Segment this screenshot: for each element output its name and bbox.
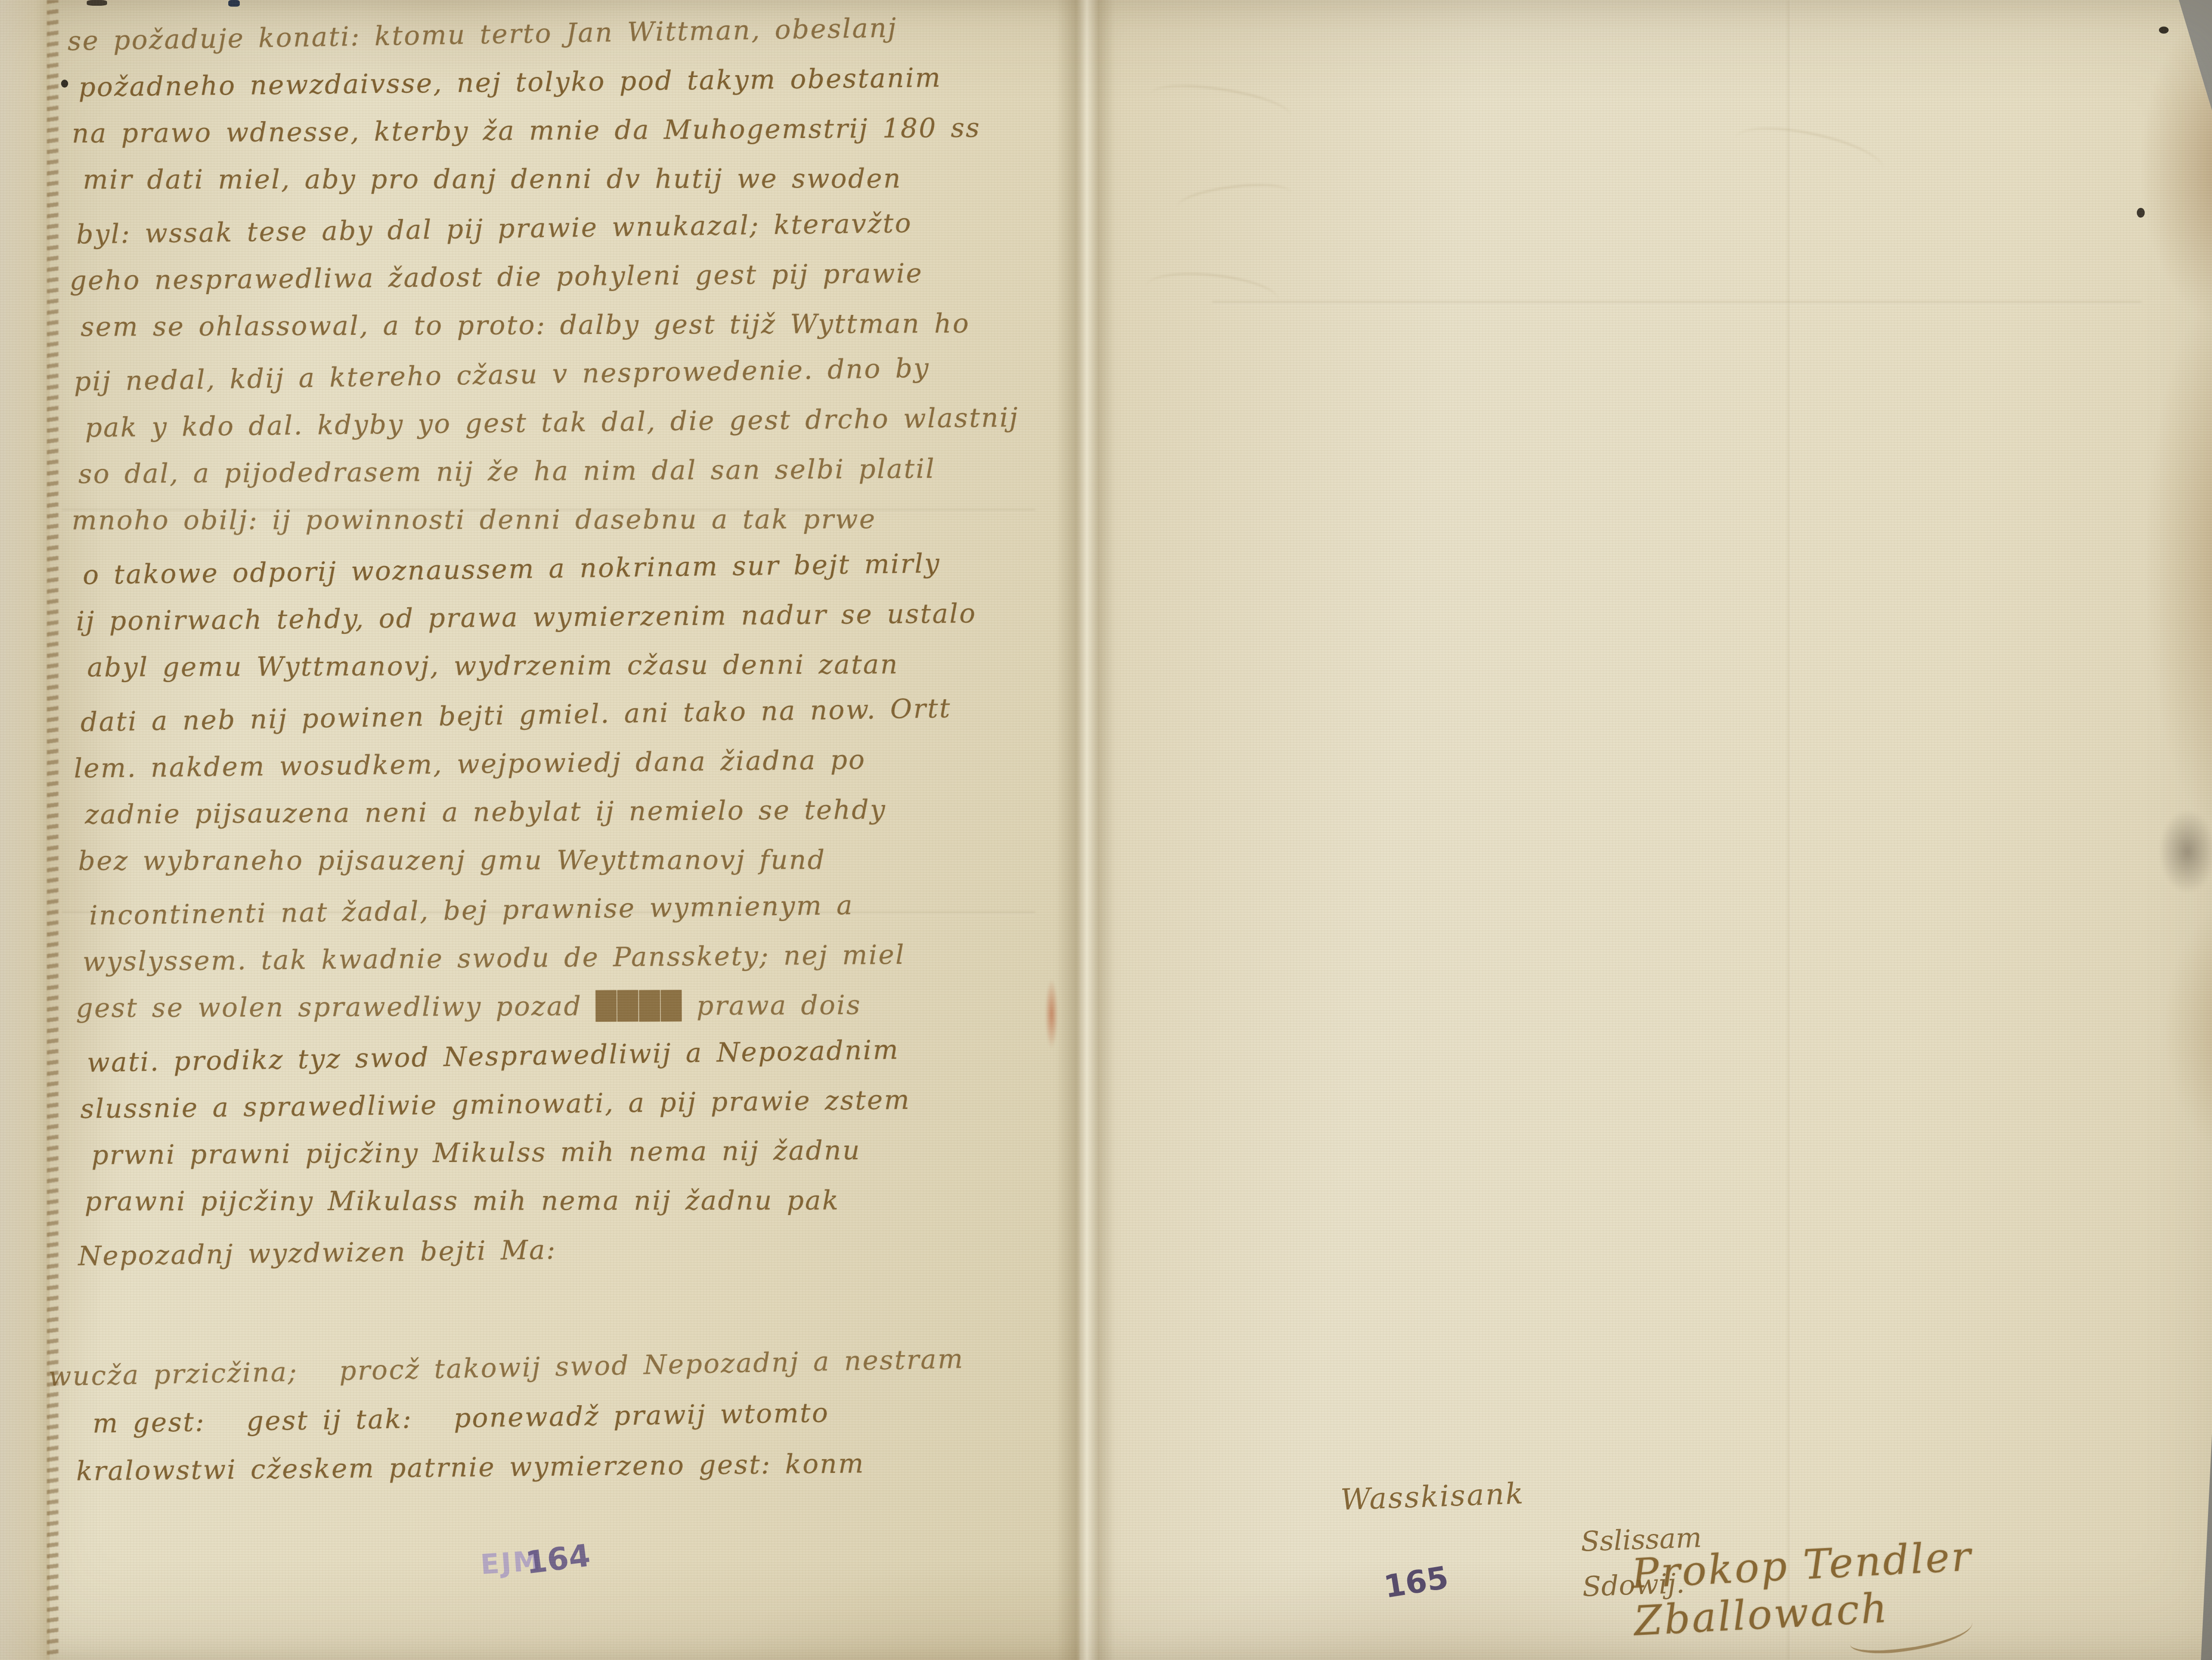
paper-crease <box>1787 0 1791 1660</box>
manuscript-text-line: geho nesprawedliwa žadost die pohyleni g… <box>69 248 1065 305</box>
closing-word: Wasskisank <box>1340 1476 1525 1517</box>
manuscript-text-line: ij ponirwach tehdy, od prawa wymierzenim… <box>76 588 1072 646</box>
red-smudge <box>1045 978 1058 1049</box>
ink-speck <box>61 80 68 88</box>
manuscript-text-line: so dal, a pijodedrasem nij že ha nim dal… <box>78 444 1074 498</box>
left-page-footer: wucža przicžina; procž takowij swod Nepo… <box>55 1335 1101 1498</box>
ink-bleedthrough <box>1175 179 1293 221</box>
folio-number-left: 164 <box>524 1537 592 1581</box>
manuscript-text-line: zadnie pijsauzena neni a nebylat ij nemi… <box>84 784 1080 839</box>
paper-crease <box>1212 301 2141 305</box>
ink-speck <box>2159 27 2169 34</box>
ink-blot <box>2159 809 2212 893</box>
ink-bleedthrough <box>1148 77 1294 132</box>
manuscript-text-line: prawni pijcžiny Mikulass mih nema nij ža… <box>84 1176 1080 1226</box>
manuscript-text-line: Nepozadnj wyzdwizen bejti Ma: <box>78 1219 1074 1281</box>
ink-speck <box>2137 208 2145 218</box>
left-page: se požaduje konati: ktomu terto Jan Witt… <box>0 0 1091 1660</box>
right-page: prawo. sweden do gruntkuw dano bylo tak … <box>1079 0 2212 1660</box>
manuscript-text-line: wyslyssem. tak kwadnie swodu de Panssket… <box>82 929 1078 986</box>
ink-speck <box>87 0 107 6</box>
ink-speck <box>228 0 240 7</box>
manuscript-text-line: kralowstwi cžeskem patrnie wymierzeno ge… <box>76 1437 1098 1497</box>
ink-bleedthrough <box>1732 118 1887 190</box>
left-page-body: se požaduje konati: ktomu terto Jan Witt… <box>74 4 1081 1278</box>
manuscript-text-line: gest se wolen sprawedliwy pozad ████ pra… <box>76 980 1071 1033</box>
manuscript-text-line: mnoho obilj: ij powinnosti denni dasebnu… <box>72 495 1067 545</box>
manuscript-text-line: na prawo wdnesse, kterby ža mnie da Muho… <box>72 103 1068 158</box>
manuscript-text-line: mir dati miel, aby pro danj denni dv hut… <box>83 154 1078 204</box>
manuscript-text-line: prwni prawni pijcžiny Mikulss mih nema n… <box>91 1125 1087 1180</box>
manuscript-text-line: bez wybraneho pijsauzenj gmu Weyttmanovj… <box>78 836 1074 886</box>
manuscript-scan: se požaduje konati: ktomu terto Jan Witt… <box>0 0 2212 1660</box>
ink-bleedthrough <box>1144 268 1280 318</box>
left-page-binding-strip <box>0 0 50 1660</box>
